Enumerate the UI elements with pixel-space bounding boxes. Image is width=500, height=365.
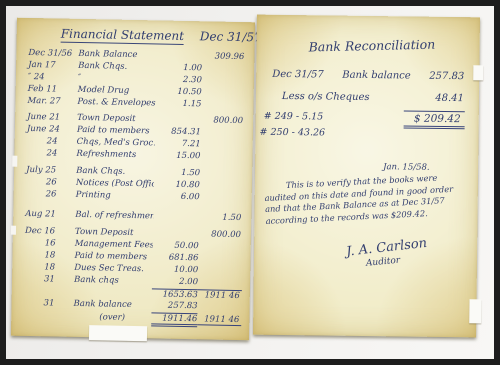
ledger-desc: Town Deposit [75, 227, 153, 238]
financial-statement-page: Financial Statement Dec 31/57. Dec 31/56… [11, 18, 255, 341]
ledger-income [198, 272, 242, 273]
ledger-date: June 24 [27, 124, 77, 135]
paper-tab [473, 65, 483, 80]
ledger-expense: 10.80 [154, 179, 200, 190]
ledger-expense-subtotal: 1653.63 [152, 288, 198, 300]
ledger-income: 800.00 [199, 229, 243, 240]
ledger-desc: ″ [78, 73, 156, 84]
bank-reconciliation-page: Bank Reconciliation Dec 31/57 Bank balan… [253, 15, 480, 338]
ledger-income [202, 70, 246, 71]
statement-title-text: Financial Statement [61, 27, 185, 45]
ledger-desc: Bank chqs [74, 275, 152, 286]
ledger-date [23, 318, 73, 319]
photo-background: Financial Statement Dec 31/57. Dec 31/56… [6, 6, 494, 359]
auditor-role: Auditor [366, 256, 401, 269]
audit-note-date: Jan. 15/58. [383, 162, 430, 173]
balance-date: Dec 31/57 [272, 69, 324, 81]
ledger-date: Mar. 27 [27, 96, 77, 107]
ledger-desc: Town Deposit [77, 113, 155, 124]
balance-line: Dec 31/57 Bank balance 257.83 [272, 69, 464, 82]
ledger-desc: Chqs, Med's Groc. [77, 137, 155, 148]
ledger-date: 18 [24, 250, 74, 261]
ledger-expense: 6.00 [154, 191, 200, 202]
ledger-expense [155, 121, 201, 122]
ledger-income [200, 187, 244, 188]
ledger-desc [74, 295, 152, 296]
ledger-expense: 15.00 [154, 150, 200, 161]
ledger-row: Aug 21 Bal. of refreshments 1.50 [25, 209, 243, 225]
ledger-desc: Bal. of refreshments [75, 210, 153, 221]
ledger-date: 24 [27, 136, 77, 147]
reconciliation-title: Bank Reconciliation [308, 37, 435, 55]
ledger-expense [156, 57, 202, 58]
ledger-income [202, 94, 246, 95]
ledger-desc: Bank balance [73, 299, 151, 310]
ledger-expense: 1.50 [154, 167, 200, 178]
statement-title: Financial Statement Dec 31/57. [61, 27, 247, 45]
ledger-date: July 25 [26, 165, 76, 176]
ledger-desc: Bank Chqs. [76, 166, 154, 177]
ledger-rows: Dec 31/56 Bank Balance 309.96 Jan 17 Ban… [11, 48, 254, 327]
ledger-expense: 1.00 [156, 62, 202, 73]
ledger-income [200, 199, 244, 200]
ledger-income [198, 284, 242, 285]
audit-note-text: This is to verify that the books were au… [264, 171, 472, 227]
reconciled-balance: $ 209.42 [404, 110, 465, 129]
ledger-date: 16 [25, 238, 75, 249]
paper-notch [12, 156, 17, 167]
ledger-date: Dec 31/56 [28, 48, 78, 59]
ledger-income [198, 308, 242, 309]
ledger-expense: 50.00 [153, 240, 199, 251]
ledger-desc: Paid to members [74, 251, 152, 262]
ledger-income-total: 1911 46 [197, 314, 241, 326]
ledger-expense: 2.00 [152, 276, 198, 287]
ledger-date: 26 [26, 177, 76, 188]
ledger-expense [153, 218, 199, 219]
ledger-income [201, 134, 245, 135]
ledger-desc: Dues Sec Treas. [74, 263, 152, 274]
ledger-date: Feb 11 [28, 84, 78, 95]
ledger-expense-total: 1911.46 [151, 312, 197, 327]
ledger-desc: Management Fees Fund [75, 239, 153, 250]
ledger-expense: 1.15 [155, 98, 201, 109]
ledger-desc: (over) [73, 312, 151, 323]
cheque-250: # 250 - 43.26 [259, 127, 325, 139]
paper-notch [11, 226, 16, 235]
ledger-desc: Post. & Envelopes [77, 97, 155, 108]
ledger-income: 1.50 [199, 212, 243, 223]
ledger-income [198, 260, 242, 261]
ledger-expense: 681.86 [152, 252, 198, 263]
ledger-expense: 854.31 [155, 126, 201, 137]
less-label: Less o/s Cheques [282, 91, 370, 103]
balance-value: 257.83 [429, 71, 464, 82]
balance-label: Bank balance [342, 70, 411, 82]
ledger-date [24, 294, 74, 295]
ledger-income [201, 106, 245, 107]
ledger-desc: Printing [76, 190, 154, 201]
ledger-date: Jan 17 [28, 60, 78, 71]
ledger-desc: Paid to members [77, 125, 155, 136]
ledger-date: Aug 21 [25, 209, 75, 220]
ledger-date: 31 [24, 298, 74, 309]
ledger-income-subtotal: 1911 46 [198, 289, 242, 301]
ledger-desc: Bank Chqs. [78, 61, 156, 72]
ledger-expense: 10.50 [156, 86, 202, 97]
ledger-date: 18 [24, 262, 74, 273]
ledger-expense [153, 235, 199, 236]
ledger-income [199, 248, 243, 249]
ledger-date: 24 [26, 148, 76, 159]
ledger-income [200, 158, 244, 159]
ledger-date: Dec 16 [25, 226, 75, 237]
ledger-desc: Bank Balance [78, 49, 156, 60]
photo-frame: Financial Statement Dec 31/57. Dec 31/56… [0, 0, 500, 365]
ledger-income: 309.96 [202, 51, 246, 62]
ledger-income: 800.00 [201, 115, 245, 126]
ledger-desc: Notices (Post Office) [76, 178, 154, 189]
cheque-249: # 249 - 5.15 [264, 111, 324, 123]
ledger-expense: 10.00 [152, 264, 198, 275]
ledger-date: June 21 [27, 112, 77, 123]
ledger-desc: Refreshments [76, 149, 154, 160]
ledger-income [201, 146, 245, 147]
ledger-date: 26 [26, 189, 76, 200]
ledger-expense: 257.83 [151, 300, 197, 311]
ledger-income [200, 175, 244, 176]
ledger-desc: Model Drug [78, 85, 156, 96]
paper-tab [469, 299, 481, 323]
less-cheques-line: Less o/s Cheques 48.41 [282, 91, 464, 104]
ledger-date: ″ 24 [28, 72, 78, 83]
ledger-expense: 2.30 [156, 74, 202, 85]
less-value: 48.41 [435, 93, 464, 104]
ledger-expense: 7.21 [155, 138, 201, 149]
ledger-date: 31 [24, 274, 74, 285]
ledger-income [202, 82, 246, 83]
paper-tab [89, 325, 147, 341]
